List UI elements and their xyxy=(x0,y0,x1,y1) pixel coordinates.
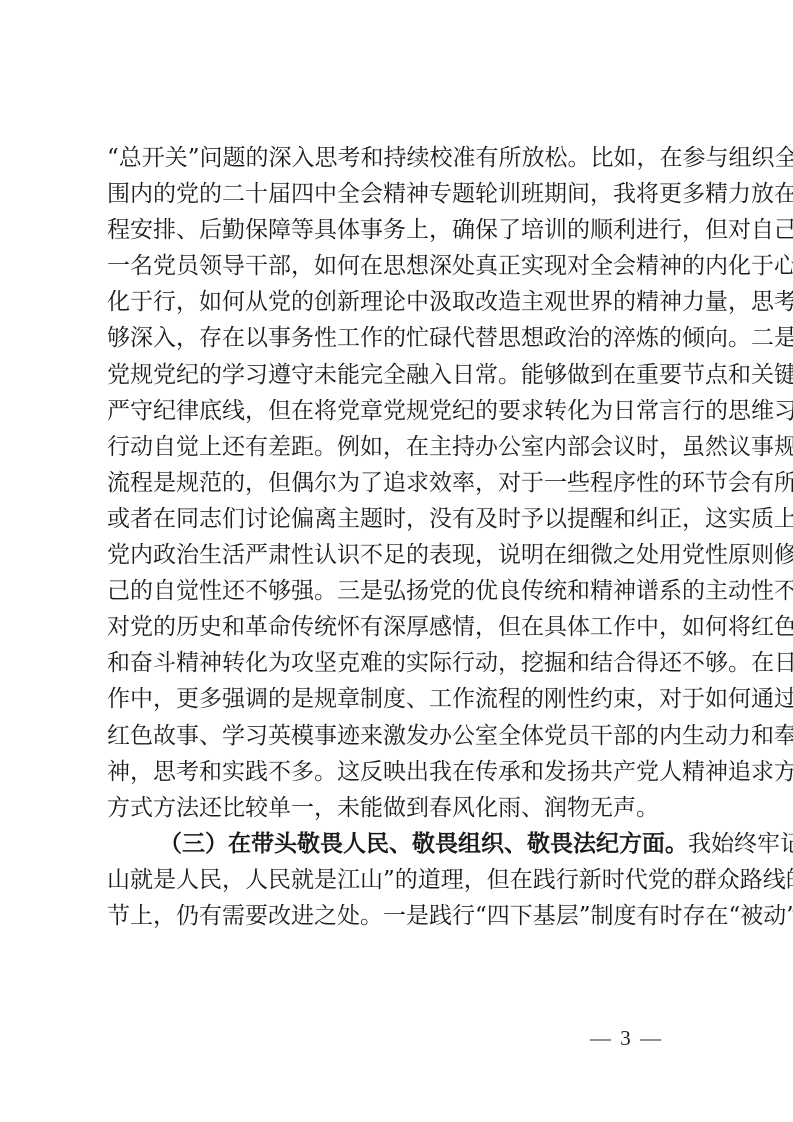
document-body: “总开关”问题的深入思考和持续校准有所放松。比如，在参与组织全旗范 围内的党的二… xyxy=(107,140,695,934)
text-line: “总开关”问题的深入思考和持续校准有所放松。比如，在参与组织全旗范 xyxy=(107,140,695,176)
text-line: 或者在同志们讨论偏离主题时，没有及时予以提醒和纠正，这实质上是对 xyxy=(107,501,695,537)
text-line: 严守纪律底线，但在将党章党规党纪的要求转化为日常言行的思维习惯和 xyxy=(107,393,695,429)
text-line: 化于行，如何从党的创新理论中汲取改造主观世界的精神力量，思考得不 xyxy=(107,284,695,320)
text-line: 一名党员领导干部，如何在思想深处真正实现对全会精神的内化于心、外 xyxy=(107,248,695,284)
paragraph-continued: “总开关”问题的深入思考和持续校准有所放松。比如，在参与组织全旗范 围内的党的二… xyxy=(107,140,695,826)
text-line: 山就是人民，人民就是江山”的道理，但在践行新时代党的群众路线的细 xyxy=(107,862,695,898)
text-line: 党规党纪的学习遵守未能完全融入日常。能够做到在重要节点和关键时刻 xyxy=(107,357,695,393)
text-line: 作中，更多强调的是规章制度、工作流程的刚性约束，对于如何通过讲好 xyxy=(107,681,695,717)
section-heading-line: （三）在带头敬畏人民、敬畏组织、敬畏法纪方面。我始终牢记“江 xyxy=(107,826,695,862)
text-line: 和奋斗精神转化为攻坚克难的实际行动，挖掘和结合得还不够。在日常工 xyxy=(107,645,695,681)
page-number: — 3 — xyxy=(590,1026,663,1051)
text-line: 对党的历史和革命传统怀有深厚感情，但在具体工作中，如何将红色基因 xyxy=(107,609,695,645)
section-heading-continuation: 我始终牢记“江 xyxy=(688,831,793,857)
text-line: 围内的党的二十届四中全会精神专题轮训班期间，我将更多精力放在了课 xyxy=(107,176,695,212)
document-page: “总开关”问题的深入思考和持续校准有所放松。比如，在参与组织全旗范 围内的党的二… xyxy=(0,0,793,1122)
text-line: 己的自觉性还不够强。三是弘扬党的优良传统和精神谱系的主动性不足。 xyxy=(107,573,695,609)
text-line: 程安排、后勤保障等具体事务上，确保了培训的顺利进行，但对自己作为 xyxy=(107,212,695,248)
text-line: 节上，仍有需要改进之处。一是践行“四下基层”制度有时存在“被动”心态。 xyxy=(107,898,695,934)
text-line: 流程是规范的，但偶尔为了追求效率，对于一些程序性的环节会有所简化， xyxy=(107,465,695,501)
section-heading: （三）在带头敬畏人民、敬畏组织、敬畏法纪方面。 xyxy=(159,830,688,857)
text-line: 党内政治生活严肃性认识不足的表现，说明在细微之处用党性原则修身律 xyxy=(107,537,695,573)
text-line: 够深入，存在以事务性工作的忙碌代替思想政治的淬炼的倾向。二是党章 xyxy=(107,320,695,356)
text-line: 方式方法还比较单一，未能做到春风化雨、润物无声。 xyxy=(107,790,695,826)
text-line: 红色故事、学习英模事迹来激发办公室全体党员干部的内生动力和奉献精 xyxy=(107,718,695,754)
paragraph-section-3: （三）在带头敬畏人民、敬畏组织、敬畏法纪方面。我始终牢记“江 山就是人民，人民就… xyxy=(107,826,695,934)
text-line: 行动自觉上还有差距。例如，在主持办公室内部会议时，虽然议事规则和 xyxy=(107,429,695,465)
text-line: 神，思考和实践不多。这反映出我在传承和发扬共产党人精神追求方面， xyxy=(107,754,695,790)
